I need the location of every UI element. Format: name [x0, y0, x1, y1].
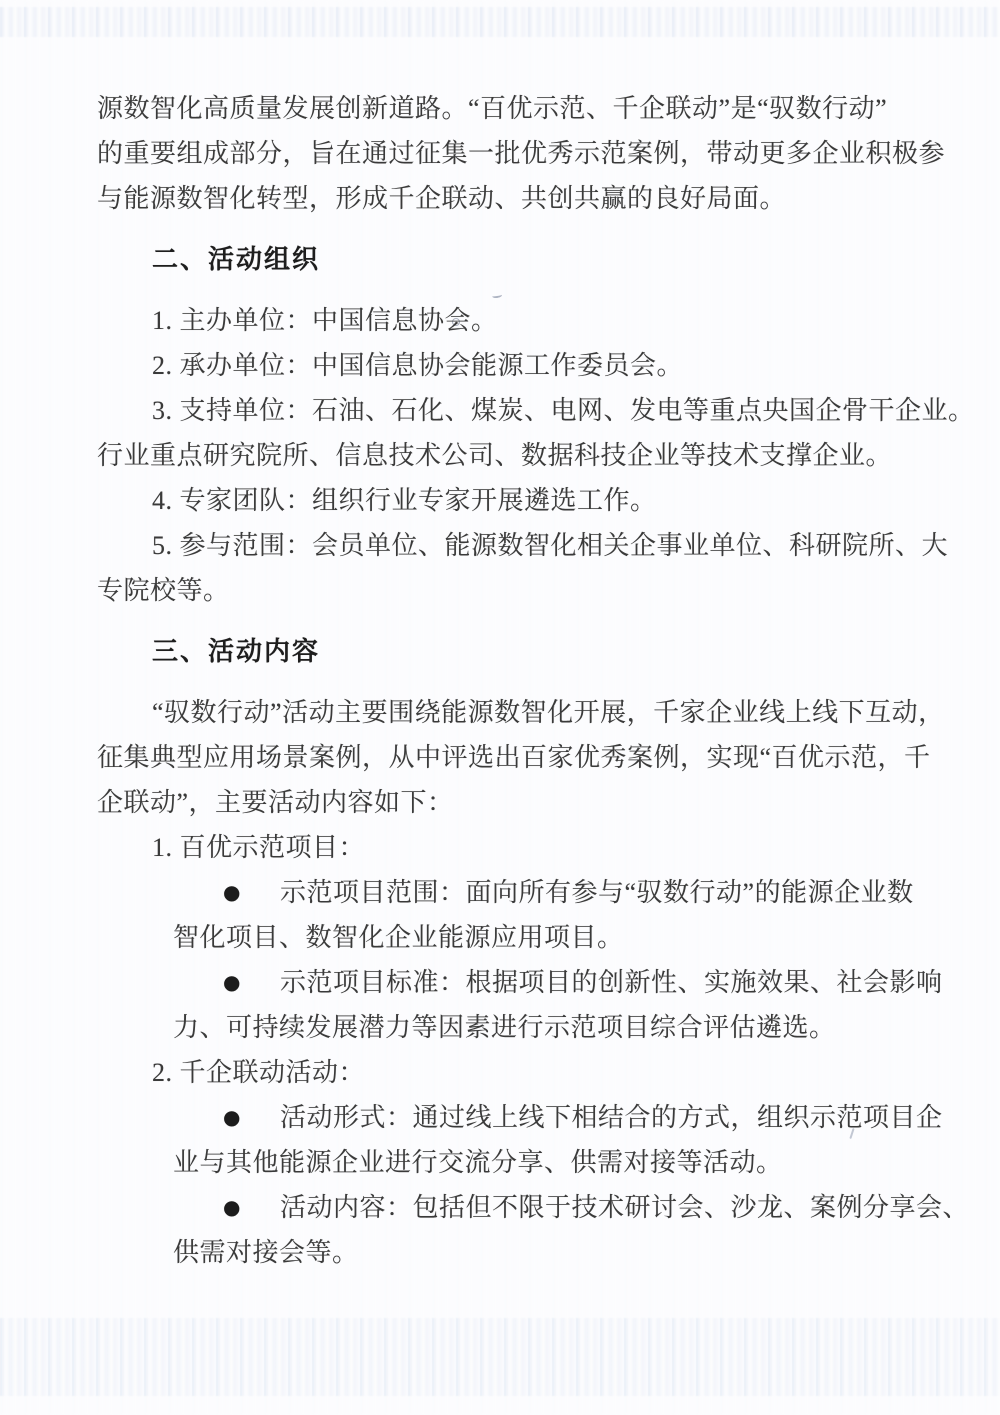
text-line: 力、可持续发展潜力等因素进行示范项目综合评估遴选。	[97, 1005, 912, 1050]
text-line: 专院校等。	[97, 568, 912, 613]
text-line: 的重要组成部分，旨在通过征集一批优秀示范案例，带动更多企业积极参	[97, 131, 912, 176]
bullet-list-item: ●活动形式：通过线上线下相结合的方式，组织示范项目企	[97, 1095, 912, 1140]
text-line: 智化项目、数智化企业能源应用项目。	[97, 915, 912, 960]
section-heading: 三、活动内容	[97, 629, 912, 674]
text-line: 5. 参与范围：会员单位、能源数智化相关企事业单位、科研院所、大	[97, 523, 912, 568]
bullet-text: 活动形式：通过线上线下相结合的方式，组织示范项目企	[280, 1103, 943, 1132]
scan-noise-bottom-band	[0, 1318, 1000, 1396]
document-content: 源数智化高质量发展创新道路。“百优示范、千企联动”是“驭数行动”的重要组成部分，…	[97, 86, 912, 1275]
bullet-icon: ●	[223, 1185, 241, 1230]
text-line: “驭数行动”活动主要围绕能源数智化开展，千家企业线上线下互动，	[97, 690, 912, 735]
text-line: 企联动”，主要活动内容如下：	[97, 780, 912, 825]
text-line: 2. 千企联动活动：	[97, 1050, 912, 1095]
section-heading: 二、活动组织	[97, 237, 912, 282]
text-line: 与能源数智化转型，形成千企联动、共创共赢的良好局面。	[97, 176, 912, 221]
bullet-icon: ●	[223, 1095, 241, 1140]
bullet-list-item: ●活动内容：包括但不限于技术研讨会、沙龙、案例分享会、	[97, 1185, 912, 1230]
text-line: 源数智化高质量发展创新道路。“百优示范、千企联动”是“驭数行动”	[97, 86, 912, 131]
text-line: 行业重点研究院所、信息技术公司、数据科技企业等技术支撑企业。	[97, 433, 912, 478]
text-line: 供需对接会等。	[97, 1230, 912, 1275]
bullet-text: 活动内容：包括但不限于技术研讨会、沙龙、案例分享会、	[280, 1193, 969, 1222]
text-line: 1. 百优示范项目：	[97, 825, 912, 870]
bullet-list-item: ●示范项目范围：面向所有参与“驭数行动”的能源企业数	[97, 870, 912, 915]
bullet-icon: ●	[223, 960, 241, 1005]
text-line: 业与其他能源企业进行交流分享、供需对接等活动。	[97, 1140, 912, 1185]
text-line: 征集典型应用场景案例，从中评选出百家优秀案例，实现“百优示范，千	[97, 735, 912, 780]
bullet-text: 示范项目范围：面向所有参与“驭数行动”的能源企业数	[280, 878, 914, 907]
scan-noise-top-band	[0, 7, 1000, 37]
text-line: 1. 主办单位：中国信息协会。	[97, 298, 912, 343]
bullet-icon: ●	[223, 870, 241, 915]
text-line: 4. 专家团队：组织行业专家开展遴选工作。	[97, 478, 912, 523]
bullet-list-item: ●示范项目标准：根据项目的创新性、实施效果、社会影响	[97, 960, 912, 1005]
bullet-text: 示范项目标准：根据项目的创新性、实施效果、社会影响	[280, 968, 943, 997]
text-line: 3. 支持单位：石油、石化、煤炭、电网、发电等重点央国企骨干企业。	[97, 388, 912, 433]
document-page: 源数智化高质量发展创新道路。“百优示范、千企联动”是“驭数行动”的重要组成部分，…	[0, 0, 1000, 1415]
text-line: 2. 承办单位：中国信息协会能源工作委员会。	[97, 343, 912, 388]
